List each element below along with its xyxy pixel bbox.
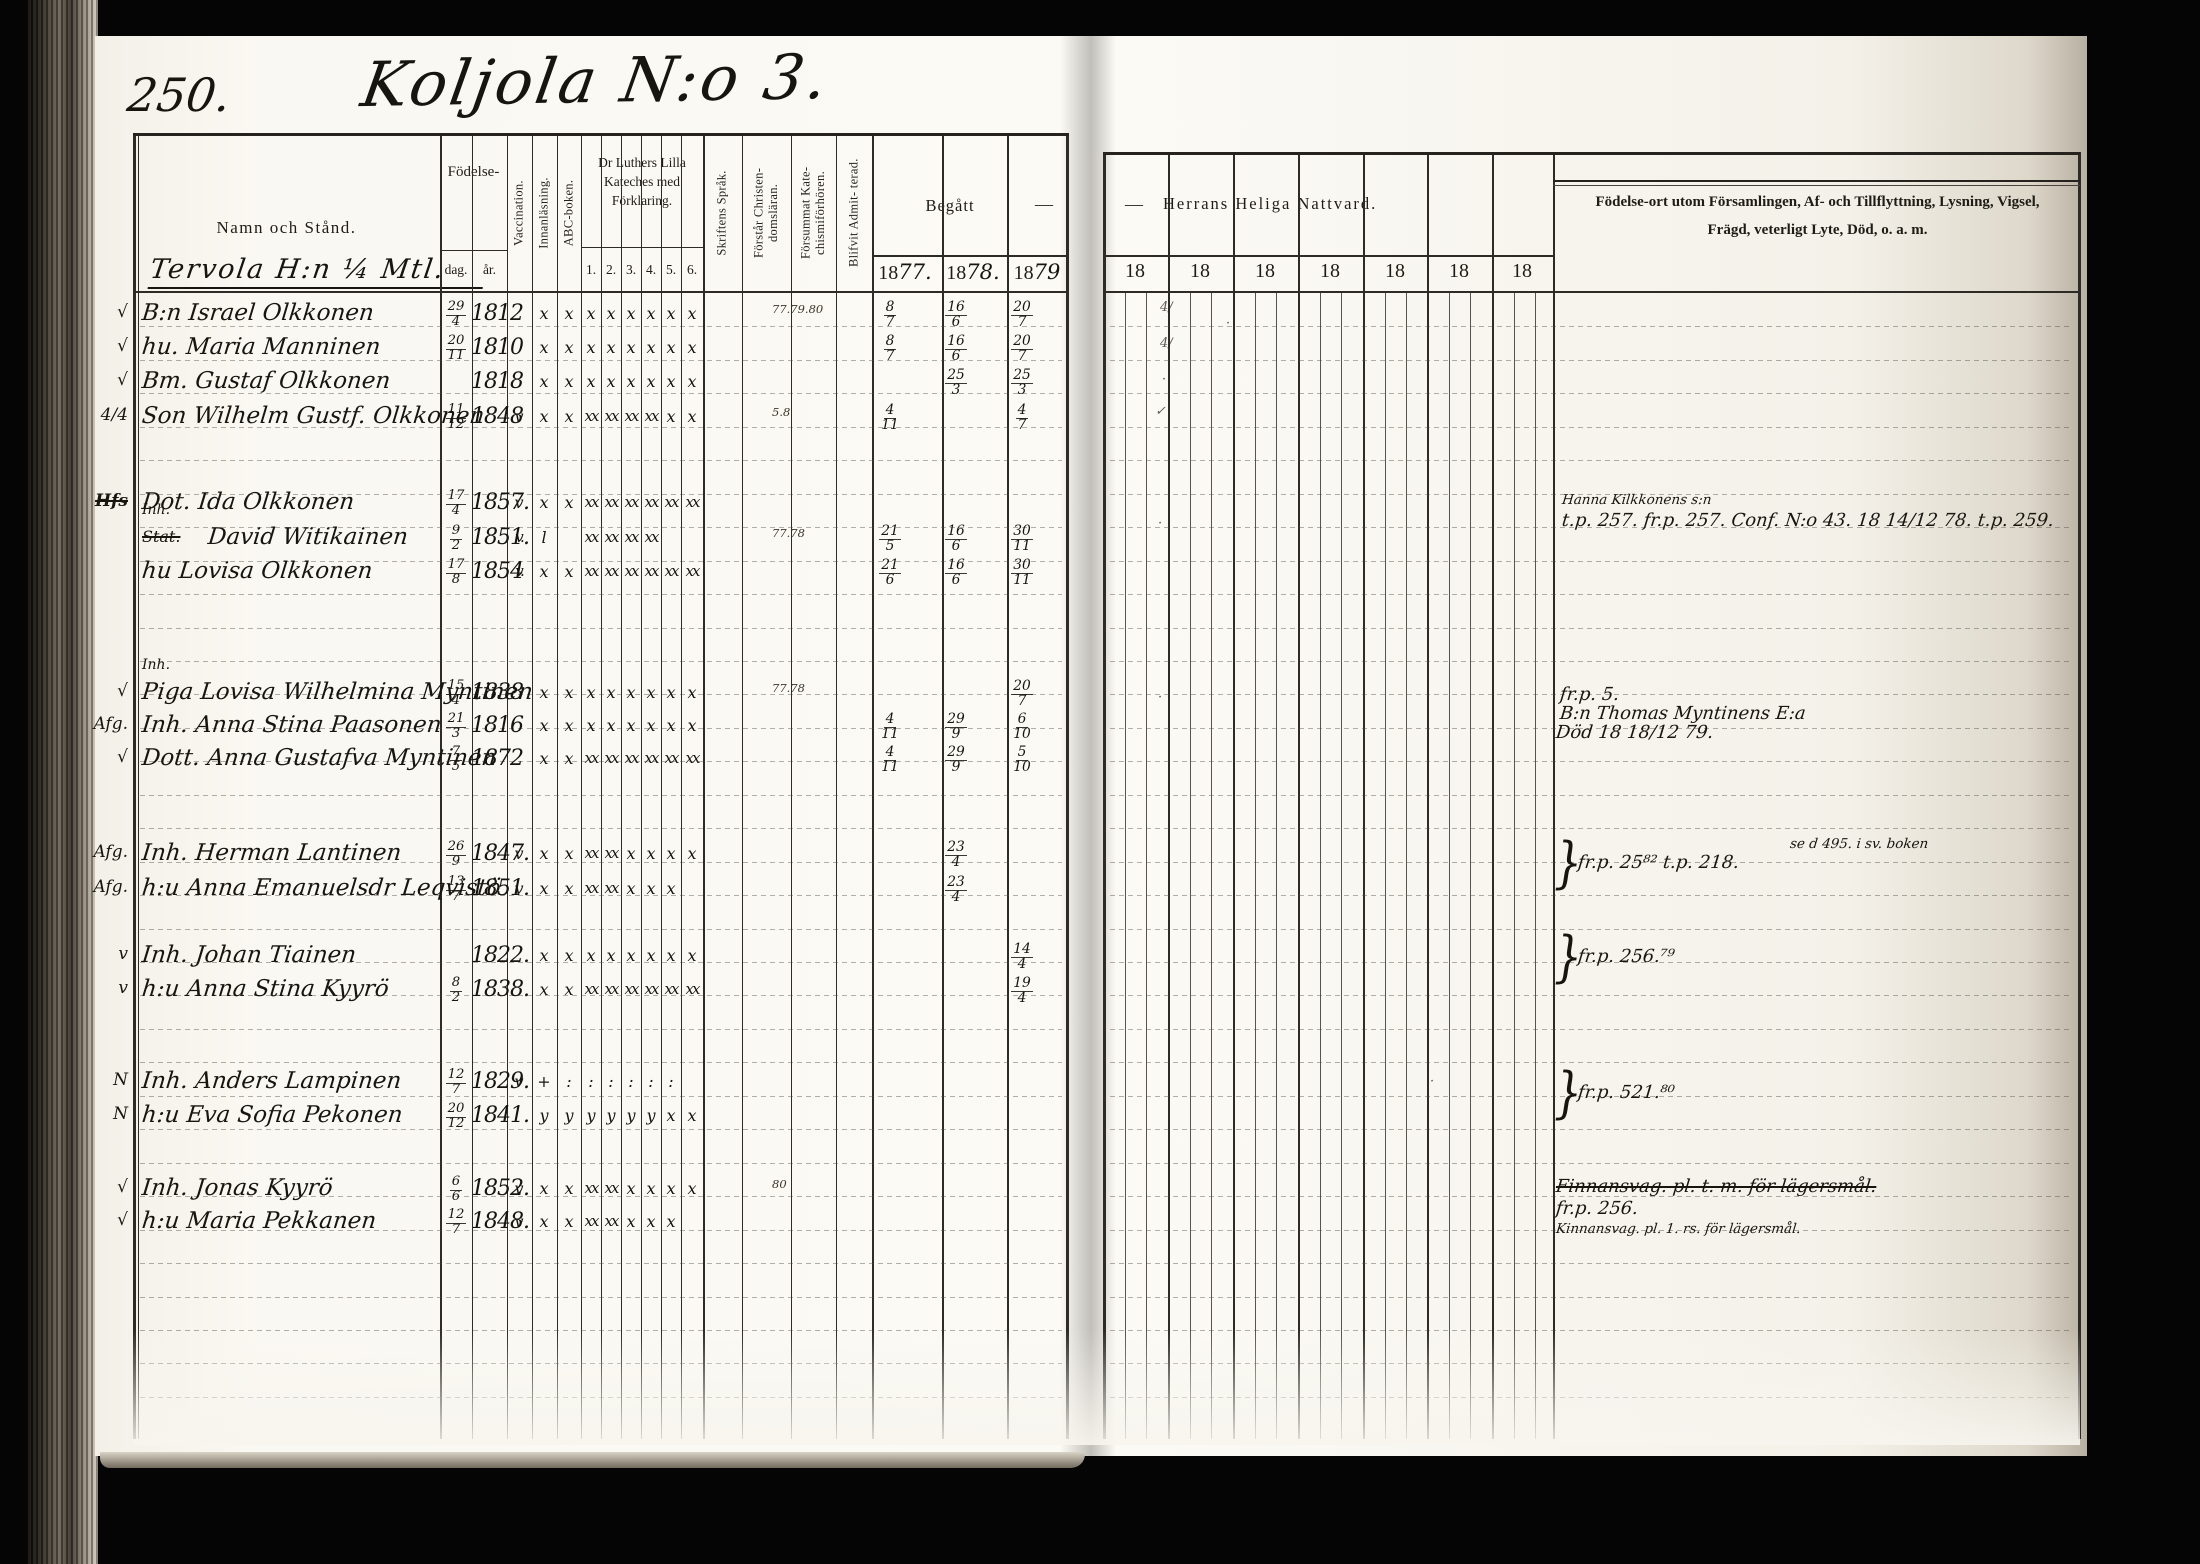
row-rule [140, 1263, 1062, 1264]
row-rule [1110, 1297, 2072, 1298]
mark-cell: x [557, 716, 581, 735]
marginal-note: fr.p. 5. [1559, 684, 1620, 705]
communion-year-1877: 1877. [873, 260, 937, 285]
birth-day: 66 [440, 1176, 472, 1203]
birth-day: 2012 [440, 1103, 472, 1130]
mark-cell: x [680, 844, 704, 863]
birth-year: 1812 [471, 301, 508, 326]
kateches-subcol-5: 5. [661, 262, 681, 278]
communion-date: 411 [873, 404, 907, 432]
kateches-subcol-2: 2. [601, 262, 621, 278]
mark-cell: v. [507, 562, 531, 580]
notes-column-header: Födelse-ort utom Församlingen, Af- och T… [1560, 194, 2075, 211]
row-margin-mark: v [62, 978, 128, 998]
mark-cell: x [680, 1106, 704, 1125]
marginal-note: Finnansvag. pl. t. m. för lägersmål. [1555, 1176, 1878, 1197]
person-name: Inh. Herman Lantinen [141, 840, 403, 866]
mark-cell: x [557, 844, 581, 863]
birth-day: 174 [440, 490, 472, 517]
communion-date: 3011 [1005, 559, 1039, 587]
row-rule [140, 1062, 1062, 1063]
communion-date: 216 [873, 559, 907, 587]
row-margin-mark: v [62, 944, 128, 964]
row-note: 77.79.80 [772, 302, 823, 316]
mark-cell: x [557, 493, 581, 512]
kateches-subcol-3: 3. [621, 262, 641, 278]
mark-cell: x [557, 1212, 581, 1231]
nattvard-label: Herrans Heliga Nattvard. [1163, 194, 1377, 214]
mark-cell: x [557, 879, 581, 898]
mark-cell: x [680, 683, 704, 702]
row-rule [1110, 995, 2072, 996]
birth-day: 92 [440, 525, 472, 552]
marginal-note: fr.p. 521.⁸⁰ [1577, 1082, 1676, 1103]
row-rule [140, 628, 1062, 629]
communion-date: 166 [939, 301, 973, 329]
year-handwritten-suffix: 79 [1034, 260, 1061, 284]
stray-mark: 4/ [1160, 336, 1173, 351]
birth-day: 178 [440, 559, 472, 586]
mark-cell: x [532, 683, 556, 702]
page-title: Koljola N:o 3. [357, 40, 836, 121]
kateches-subcol-1: 1. [581, 262, 601, 278]
marginal-note: Kinnansvag. pl. 1. rs. för lägersmål. [1555, 1221, 1801, 1237]
birth-year: 1854 [471, 559, 508, 584]
grid-line [507, 133, 508, 1439]
mark-cell: x [680, 304, 704, 323]
mark-cell: x [557, 1179, 581, 1198]
mark-cell: x [557, 338, 581, 357]
row-margin-mark: √ [62, 336, 128, 356]
grid-subline [1406, 293, 1407, 1439]
mark-cell: y [557, 1106, 581, 1125]
blank-year-col-5: 18 [1375, 260, 1415, 283]
mark-cell: x [532, 844, 556, 863]
mark-cell: v. [507, 528, 531, 546]
grid-subline [1385, 293, 1386, 1439]
col-header-admitterad: Blifvit Admit- terad. [847, 138, 862, 288]
mark-cell: x [557, 304, 581, 323]
birth-day: 2011 [440, 335, 472, 362]
row-rule [140, 1029, 1062, 1030]
row-margin-mark: N [62, 1104, 128, 1124]
grid-line [1103, 255, 1555, 257]
mark-cell: xx [680, 749, 704, 767]
mark-cell: y [532, 1106, 556, 1125]
row-margin-mark: Afg. [62, 714, 128, 734]
row-pre-annotation: Inh. [142, 657, 170, 673]
mark-cell: xx [680, 493, 704, 511]
page-bottom-edge [100, 1452, 1085, 1468]
grid-line [1066, 133, 1069, 1439]
col-header-forsummat: Försummat Kate- chismiförhören. [798, 138, 828, 288]
mark-cell: x [532, 493, 556, 512]
communion-date: 411 [873, 713, 907, 741]
col-header-skriftens-sprak: Skriftens Språk. [715, 170, 730, 255]
row-rule [1110, 594, 2072, 595]
grid-line [1553, 185, 2080, 186]
mark-cell: x [532, 372, 556, 391]
row-rule [1110, 561, 2072, 562]
grid-subline [1255, 293, 1256, 1439]
marginal-note: Hanna Kilkkonens s:n [1561, 492, 1712, 508]
col-header-vaccination: Vaccination. [512, 180, 527, 246]
stray-mark: ✓ [1155, 404, 1166, 419]
note-brace: } [1554, 832, 1582, 896]
grid-subline [1470, 293, 1471, 1439]
blank-year-col-7: 18 [1502, 260, 1542, 283]
birth-year: 1838. [471, 977, 508, 1002]
row-rule [1110, 761, 2072, 762]
row-margin-mark: √ [62, 1210, 128, 1230]
stray-mark: · [1158, 690, 1162, 705]
person-name: Dot. Ida Olkkonen [141, 489, 356, 515]
marginal-note: fr.p. 256.⁷⁹ [1577, 946, 1676, 967]
birth-year: 1848 [471, 404, 508, 429]
row-rule [1110, 393, 2072, 394]
blank-year-col-1: 18 [1115, 260, 1155, 283]
mark-cell: x [659, 1212, 683, 1231]
row-rule [1110, 1263, 2072, 1264]
communion-date: 234 [939, 876, 973, 904]
row-rule [140, 1163, 1062, 1164]
grid-line [138, 133, 139, 1439]
grid-line [742, 133, 743, 1439]
birth-year: 1829. [471, 1069, 508, 1094]
col-header-fodelse: Födelse- [440, 164, 507, 181]
person-name: Inh. Anna Stina Paasonen [141, 712, 443, 738]
row-rule [1110, 895, 2072, 896]
grid-subline [1190, 293, 1191, 1439]
communion-date: 234 [939, 841, 973, 869]
grid-fade [133, 1330, 2080, 1445]
village-heading: Tervola H:n ¼ Mtl. [148, 254, 488, 289]
communion-date: 207 [1005, 301, 1039, 329]
mark-cell: x [659, 879, 683, 898]
row-rule [1110, 1062, 2072, 1063]
communion-date: 166 [939, 335, 973, 363]
grid-line [836, 133, 837, 1439]
birth-day: 127 [440, 1209, 472, 1236]
col-header-forstar: Förstår Christen- domsläran. [751, 138, 781, 288]
mark-cell: x [532, 1212, 556, 1231]
mark-cell: x [557, 562, 581, 581]
year-printed-prefix: 18 [946, 262, 966, 284]
birth-day: 269 [440, 841, 472, 868]
mark-cell: v [507, 407, 531, 426]
person-name: Bm. Gustaf Olkkonen [141, 368, 392, 394]
blank-year-col-6: 18 [1439, 260, 1479, 283]
row-margin-mark: Hfs [62, 491, 128, 511]
grid-line [581, 133, 582, 1439]
grid-line [2078, 152, 2081, 1439]
row-margin-mark: √ [62, 1177, 128, 1197]
grid-line [1103, 152, 2080, 155]
grid-subline [1535, 293, 1536, 1439]
col-header-innanlasning: Innanläsning. [537, 177, 552, 249]
birth-day: 82 [440, 977, 472, 1004]
row-rule [140, 594, 1062, 595]
person-name: Son Wilhelm Gustf. Olkkonen [141, 403, 486, 429]
row-rule [1110, 460, 2072, 461]
communion-date: 510 [1005, 746, 1039, 774]
mark-cell: x [557, 749, 581, 768]
birth-day: 127 [440, 1069, 472, 1096]
communion-date: 166 [939, 525, 973, 553]
row-rule [140, 795, 1062, 796]
mark-cell: x [680, 1179, 704, 1198]
birth-year: 1838 [471, 680, 508, 705]
row-pre-struck: Stat. [142, 527, 180, 546]
communion-date: 3011 [1005, 525, 1039, 553]
mark-cell: x [680, 946, 704, 965]
communion-date: 87 [873, 335, 907, 363]
communion-date: 207 [1005, 335, 1039, 363]
year-printed-prefix: 18 [1014, 262, 1034, 284]
row-note: 77.78 [772, 526, 805, 540]
row-rule [1110, 1163, 2072, 1164]
grid-line [641, 133, 642, 1439]
stray-mark: · [1158, 516, 1162, 531]
blank-year-col-4: 18 [1310, 260, 1350, 283]
mark-cell: x [532, 562, 556, 581]
communion-date: 207 [1005, 680, 1039, 708]
row-pre-annotation: Inh. [142, 502, 170, 518]
book-page-spread: 250. Koljola N:o 3. Namn och Stånd. Föde… [95, 36, 2087, 1456]
communion-date: 253 [939, 369, 973, 397]
row-margin-mark: Afg. [62, 842, 128, 862]
mark-cell: xx [639, 528, 663, 546]
col-header-namn: Namn och Stånd. [133, 218, 440, 238]
grid-line [133, 133, 1069, 136]
grid-line [601, 133, 602, 1439]
row-rule [1110, 661, 2072, 662]
birth-year: 1851. [471, 525, 508, 550]
grid-line [532, 133, 533, 1439]
mark-cell: x [680, 372, 704, 391]
mark-cell: : [557, 1072, 581, 1091]
mark-cell: x [557, 683, 581, 702]
birth-year: 1841. [471, 1103, 508, 1128]
communion-date: 610 [1005, 713, 1039, 741]
year-handwritten-suffix: 77. [898, 260, 931, 284]
scanned-book-photo: 250. Koljola N:o 3. Namn och Stånd. Föde… [0, 0, 2200, 1564]
grid-line [557, 133, 558, 1439]
grid-line [872, 255, 1069, 257]
mark-cell: x [557, 372, 581, 391]
person-name: h:u Eva Sofia Pekonen [141, 1102, 404, 1128]
communion-date: 144 [1005, 943, 1039, 971]
grid-line [133, 291, 1069, 293]
stray-mark: · [1430, 1074, 1434, 1089]
communion-date: 215 [873, 525, 907, 553]
mark-cell: x [532, 304, 556, 323]
note-brace: } [1554, 1062, 1582, 1126]
mark-cell: v [507, 844, 531, 863]
grid-subline [1276, 293, 1277, 1439]
grid-subline [1449, 293, 1450, 1439]
year-printed-prefix: 18 [878, 262, 898, 284]
grid-line [1553, 180, 2080, 182]
grid-line [440, 133, 442, 1439]
mark-cell: x [532, 1179, 556, 1198]
grid-line [472, 133, 473, 1439]
birth-year: 1852. [471, 1176, 508, 1201]
mark-cell: x [532, 980, 556, 999]
kateches-subcol-4: 4. [641, 262, 661, 278]
mark-cell: x [680, 407, 704, 426]
stray-mark: 4/ [1160, 300, 1173, 315]
year-handwritten-suffix: 78. [966, 260, 999, 284]
birth-year: 1857. [471, 490, 508, 515]
row-margin-mark: √ [62, 370, 128, 390]
person-name: h:u Maria Pekkanen [141, 1208, 378, 1234]
birth-year: 1848. [471, 1209, 508, 1234]
communion-date: 166 [939, 559, 973, 587]
stray-mark: · [1162, 372, 1166, 387]
row-rule [1110, 828, 2072, 829]
row-rule [1110, 1129, 2072, 1130]
book-spine-edge [26, 0, 98, 1564]
row-rule [140, 1096, 1062, 1097]
mark-cell: x [532, 407, 556, 426]
birth-day: 213 [440, 713, 472, 740]
mark-cell: x [557, 946, 581, 965]
grid-line [661, 133, 662, 1439]
begatt-label: Begått [880, 196, 1020, 216]
communion-date: 194 [1005, 977, 1039, 1005]
grid-line [681, 133, 682, 1439]
row-rule [1110, 628, 2072, 629]
person-name: B:n Israel Olkkonen [141, 300, 376, 326]
grid-subline [1341, 293, 1342, 1439]
row-margin-mark: √ [62, 747, 128, 767]
grid-subline [1125, 293, 1126, 1439]
birth-year: 1847. [471, 841, 508, 866]
row-rule [1110, 795, 2072, 796]
communion-date: 411 [873, 746, 907, 774]
col-header-kateches: Dr Luthers Lilla Kateches med Förklaring… [581, 154, 703, 211]
row-margin-mark: √ [62, 681, 128, 701]
grid-line [1103, 152, 1106, 1439]
mark-cell: v [507, 1212, 531, 1231]
row-rule [1110, 1029, 2072, 1030]
row-rule [140, 828, 1062, 829]
grid-subline [1320, 293, 1321, 1439]
marginal-note: t.p. 257. fr.p. 257. Conf. N:o 43. 18 14… [1561, 510, 2055, 531]
communion-date: 47 [1005, 404, 1039, 432]
mark-cell: x [532, 946, 556, 965]
grid-line [133, 133, 136, 1439]
birth-day: 294 [440, 301, 472, 328]
note-brace: } [1554, 926, 1582, 990]
grid-line [621, 133, 622, 1439]
kateches-subcol-6: 6. [682, 262, 702, 278]
begatt-dash: — [1035, 194, 1053, 215]
mark-cell: x [532, 716, 556, 735]
grid-line [1103, 291, 2080, 293]
row-rule [140, 326, 1062, 327]
stray-mark: · [1226, 316, 1230, 331]
grid-subline [1211, 293, 1212, 1439]
mark-cell: : [659, 1072, 683, 1091]
row-rule [1110, 929, 2072, 930]
person-name: hu. Maria Manninen [141, 334, 382, 360]
birth-year: 1851. [471, 876, 508, 901]
mark-cell: x [557, 980, 581, 999]
birth-day: 137 [440, 876, 472, 903]
person-name: hu Lovisa Olkkonen [141, 558, 374, 584]
row-margin-mark: 4/4 [62, 405, 128, 425]
grid-line [581, 247, 703, 248]
grid-line [791, 133, 792, 1439]
communion-date: 253 [1005, 369, 1039, 397]
row-note: 80 [772, 1177, 787, 1191]
mark-cell: x [680, 716, 704, 735]
row-margin-mark: Afg. [62, 877, 128, 897]
marginal-note: fr.p. 25⁸² t.p. 218. [1577, 852, 1740, 873]
row-rule [1110, 326, 2072, 327]
blank-year-col-3: 18 [1245, 260, 1285, 283]
birth-day: 154 [440, 680, 472, 707]
birth-year: 1818 [471, 369, 508, 394]
person-name: Inh. Anders Lampinen [141, 1068, 403, 1094]
communion-year-1878: 1878. [941, 260, 1005, 285]
row-margin-mark: N [62, 1070, 128, 1090]
col-header-abc-boken: ABC-boken. [562, 180, 577, 247]
marginal-note: fr.p. 256. [1555, 1198, 1639, 1219]
birth-day: 1112 [440, 404, 472, 431]
mark-cell: x [557, 407, 581, 426]
mark-cell: l [532, 528, 556, 547]
nattvard-dash: — [1125, 194, 1143, 215]
row-rule [140, 460, 1062, 461]
grid-subline [1514, 293, 1515, 1439]
mark-cell: x [680, 338, 704, 357]
row-rule [140, 1129, 1062, 1130]
grid-line [440, 250, 507, 251]
birth-year: 1810 [471, 335, 508, 360]
row-rule [1110, 427, 2072, 428]
birth-day: 75 [440, 746, 472, 773]
mark-cell: x [532, 879, 556, 898]
mark-cell: x [532, 338, 556, 357]
communion-date: 87 [873, 301, 907, 329]
row-rule [140, 360, 1062, 361]
row-rule [140, 929, 1062, 930]
grid-subline [1146, 293, 1147, 1439]
grid-line [703, 133, 705, 1439]
mark-cell: x [532, 749, 556, 768]
row-margin-mark: √ [62, 302, 128, 322]
mark-cell: + [532, 1072, 556, 1091]
row-rule [140, 661, 1062, 662]
person-name: h:u Anna Stina Kyyrö [141, 976, 390, 1002]
mark-cell: v [507, 879, 531, 898]
mark-cell: v [507, 1179, 531, 1198]
row-rule [140, 1297, 1062, 1298]
mark-cell: xx [680, 562, 704, 580]
birth-year: 1816 [471, 713, 508, 738]
person-name: David Witikainen [207, 524, 410, 550]
mark-cell: v [507, 1072, 531, 1091]
mark-cell: xx [680, 980, 704, 998]
blank-year-col-2: 18 [1180, 260, 1220, 283]
marginal-note: se d 495. i sv. boken [1789, 836, 1929, 852]
notes-column-header-line2: Frägd, veterligt Lyte, Död, o. a. m. [1560, 222, 2075, 239]
birth-year: 1872 [471, 746, 508, 771]
page-number: 250. [124, 68, 234, 122]
